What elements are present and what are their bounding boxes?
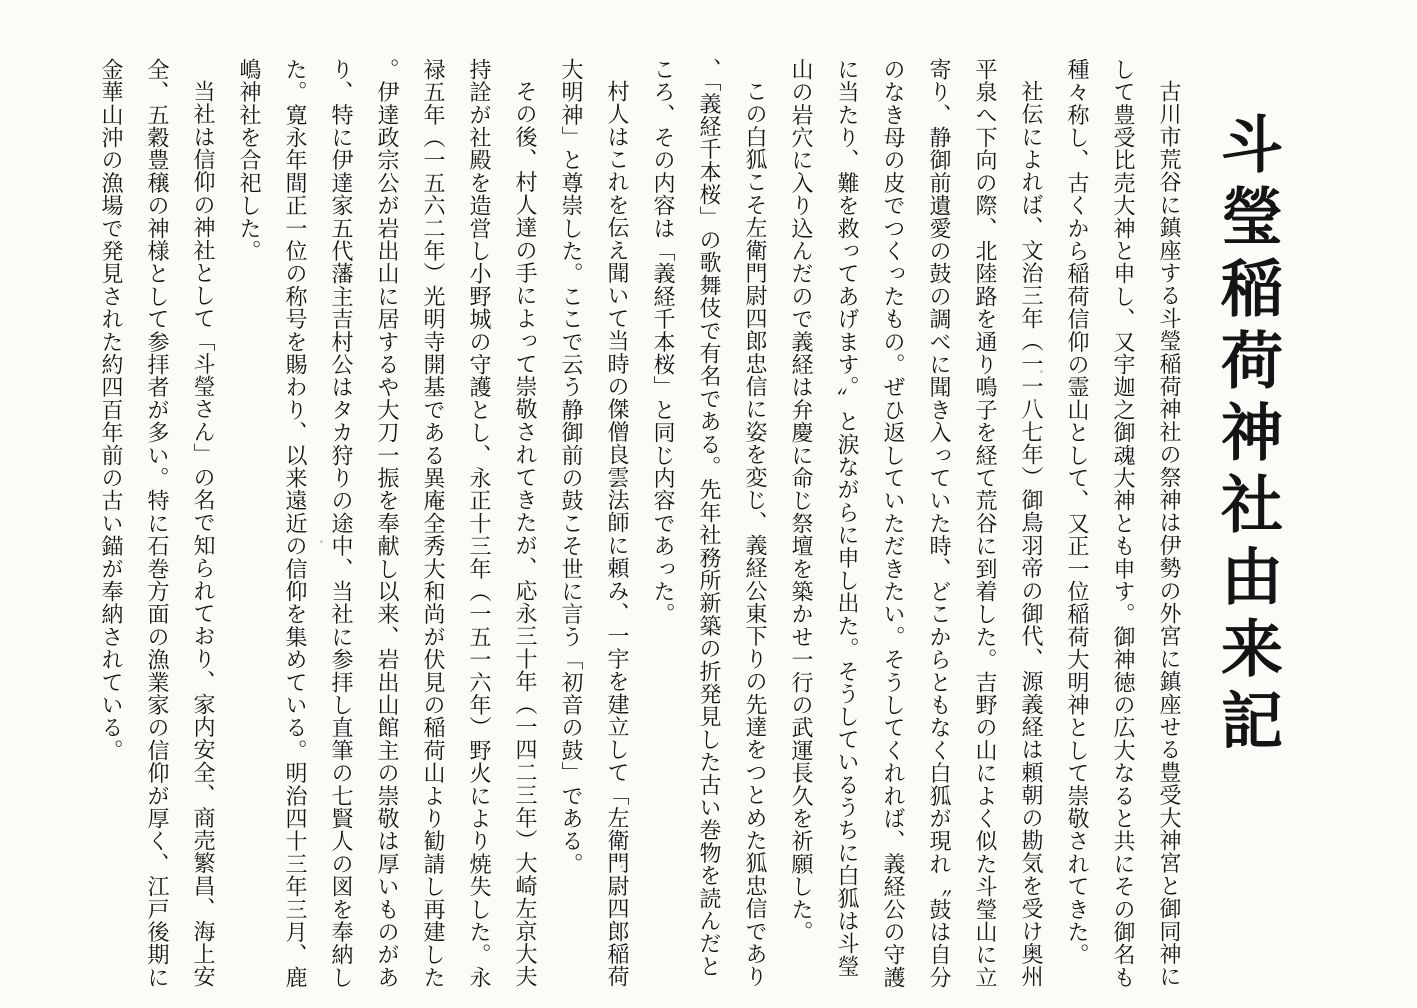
scan-speckle <box>620 865 623 868</box>
paragraph-later-history: その後、村人達の手によって崇敬されてきたが、応永三十年（一四二三年）大崎左京大夫… <box>226 58 548 989</box>
paragraph-present-worship: 当社は信仰の神社として「斗瑩さん」の名で知られており、家内安全、商売繁昌、海上安… <box>88 58 226 989</box>
scanned-document-page: 斗瑩稲荷神社由来記 古川市荒谷に鎮座する斗瑩稲荷神社の祭神は伊勢の外宮に鎮座せる… <box>0 0 1417 1008</box>
paragraph-yoshitsune-legend: 社伝によれば、文治三年（一一八七年）御鳥羽帝の御代、源義経は頼朝の勘気を受け奥州… <box>778 58 1054 989</box>
document-title: 斗瑩稲荷神社由来記 <box>1201 112 1290 792</box>
document-body: 古川市荒谷に鎮座する斗瑩稲荷神社の祭神は伊勢の外宮に鎮座せる豊受大神宮と御同神に… <box>88 58 1192 989</box>
paragraph-white-fox-kabuki: この白狐こそ左衛門尉四郎忠信に姿を変じ、義経公東下りの先達をつとめた狐忠信であり… <box>640 58 778 989</box>
paragraph-deity-origin: 古川市荒谷に鎮座する斗瑩稲荷神社の祭神は伊勢の外宮に鎮座せる豊受大神宮と御同神に… <box>1054 58 1192 989</box>
scan-speckle <box>1040 370 1043 373</box>
paragraph-shrine-founding: 村人はこれを伝え聞いて当時の傑僧良雲法師に頼み、一宇を建立して「左衛門尉四郎稲荷… <box>548 58 640 989</box>
scan-speckle <box>320 540 323 543</box>
